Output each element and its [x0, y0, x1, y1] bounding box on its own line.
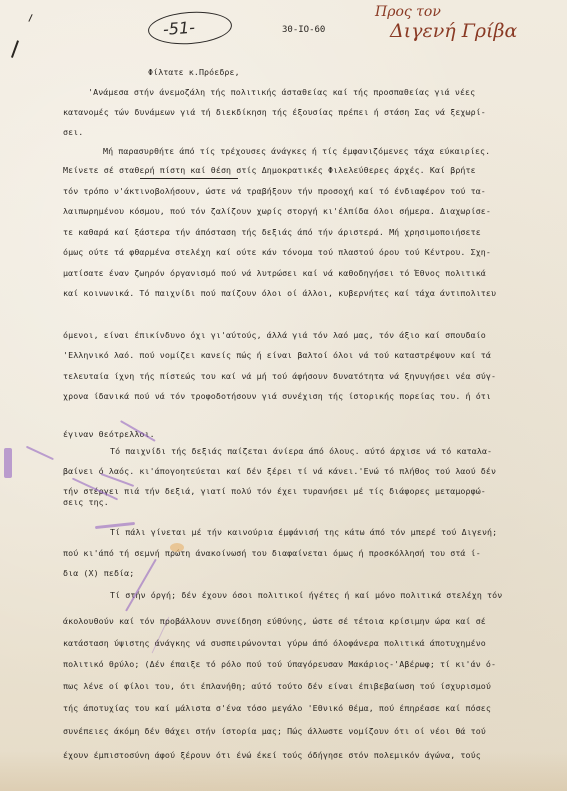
text-line: χρονα ίδανικά πού νά τόν τροφοδοτήσουν γ…	[63, 391, 491, 401]
text-line: τήν στέργει πιά τήν δεξιά, γιατί πολύ τό…	[63, 486, 486, 496]
purple-ink-mark	[4, 448, 12, 478]
page-number-circled: -51-	[147, 9, 233, 47]
margin-pen-mark	[28, 14, 32, 22]
text-line: βαίνει ό λαός. κι'άπογοητεύεται καί δέν …	[63, 466, 496, 476]
salutation: Φίλτατε κ.Πρόεδρε,	[148, 67, 240, 77]
purple-ink-mark	[125, 559, 156, 612]
text-line: τε καθαρά καί ξάστερα τήν άπόσταση τής δ…	[63, 227, 481, 237]
text-line: σει.	[63, 127, 83, 137]
text-line: Τό παιχνίδι τής δεξιάς παίζεται άνίερα ά…	[110, 446, 492, 456]
text-line: 'Ανάμεσα στήν άνεμοζάλη τής πολιτικής άσ…	[88, 87, 475, 97]
text-line: καί κοινωνικά. Τό παιχνίδι πού παίζουν ό…	[63, 288, 496, 298]
text-line: πολιτικό θρύλο; (Δέν έπαιξε τό ρόλο πού …	[63, 659, 496, 669]
text-line: τής άποτυχίας του καί μάλιστα σ'ένα τόσο…	[63, 703, 491, 713]
text-line: σεις της.	[63, 497, 109, 507]
text-line: Μείνετε σέ σταθερή πίστη καί θέση στίς Δ…	[63, 165, 476, 175]
text-line: άκολουθούν καί τόν προβάλλουν συνείδηση …	[63, 616, 486, 626]
text-line: έχουν έμπιστοσύνη άφού ξέρουν ότι ένώ έκ…	[63, 750, 481, 760]
text-line: κατάσταση ύψιστης άνάγκης νά συσπειρώνον…	[63, 638, 486, 648]
text-line: λαιπωρημένου κόσμου, πού τόν ζαλίζουν χω…	[63, 206, 491, 216]
text-line: τελευταία ίχνη τής πίστεώς του καί νά μή…	[63, 371, 496, 381]
text-line: Τί στήν όργή; δέν έχουν όσοι πολιτικοί ή…	[110, 590, 502, 600]
ink-stain	[170, 543, 184, 552]
text-line: όμενοι, είναι έπικίνδυνο όχι γι'αύτούς, …	[63, 330, 486, 340]
text-line: πού κι'άπό τή σεμνή πρώτη άνακοίνωσή του…	[63, 548, 481, 558]
letter-date: 30-IO-60	[282, 25, 325, 35]
text-line: ματίσατε έναν ζωηρόν όργανισμό πού νά λυ…	[63, 268, 486, 278]
text-underline	[140, 178, 238, 179]
text-line: όμως ούτε τά φθαρμένα στελέχη καί ούτε κ…	[63, 247, 491, 257]
text-line: Μή παρασυρθήτε άπό τίς τρέχουσες άνάγκες…	[103, 146, 490, 156]
page-number-text: -51-	[162, 18, 195, 39]
margin-pen-mark	[11, 40, 19, 57]
purple-ink-mark	[26, 446, 54, 460]
text-line: συνέπειες άκόμη δέν θάχει στήν ίστορία μ…	[63, 726, 486, 736]
text-line: δια (Χ) πεδία;	[63, 568, 134, 578]
handwritten-addressee-line2: Διγενή Γρίβα	[390, 20, 517, 42]
text-line: τόν τρόπο ν'άκτινοβολήσουν, ώστε νά τραβ…	[63, 186, 486, 196]
text-line: έγιναν θεότρελλοι.	[63, 429, 155, 439]
handwritten-addressee-line1: Προς τον	[375, 4, 441, 20]
text-line: κατανομές τών δυνάμεων γιά τή διεκδίκηση…	[63, 107, 486, 117]
scanned-letter-page: -51- 30-IO-60 Προς τον Διγενή Γρίβα Φίλτ…	[0, 0, 567, 791]
text-line: Τί πάλι γίνεται μέ τήν καινούρια έμφάνισ…	[110, 527, 497, 537]
text-line: 'Ελληνικό λαό. πού νομίζει κανείς πώς ή …	[63, 350, 491, 360]
text-line: πως λένε οί φίλοι του, ότι έπλανήθη; αύτ…	[63, 681, 491, 691]
